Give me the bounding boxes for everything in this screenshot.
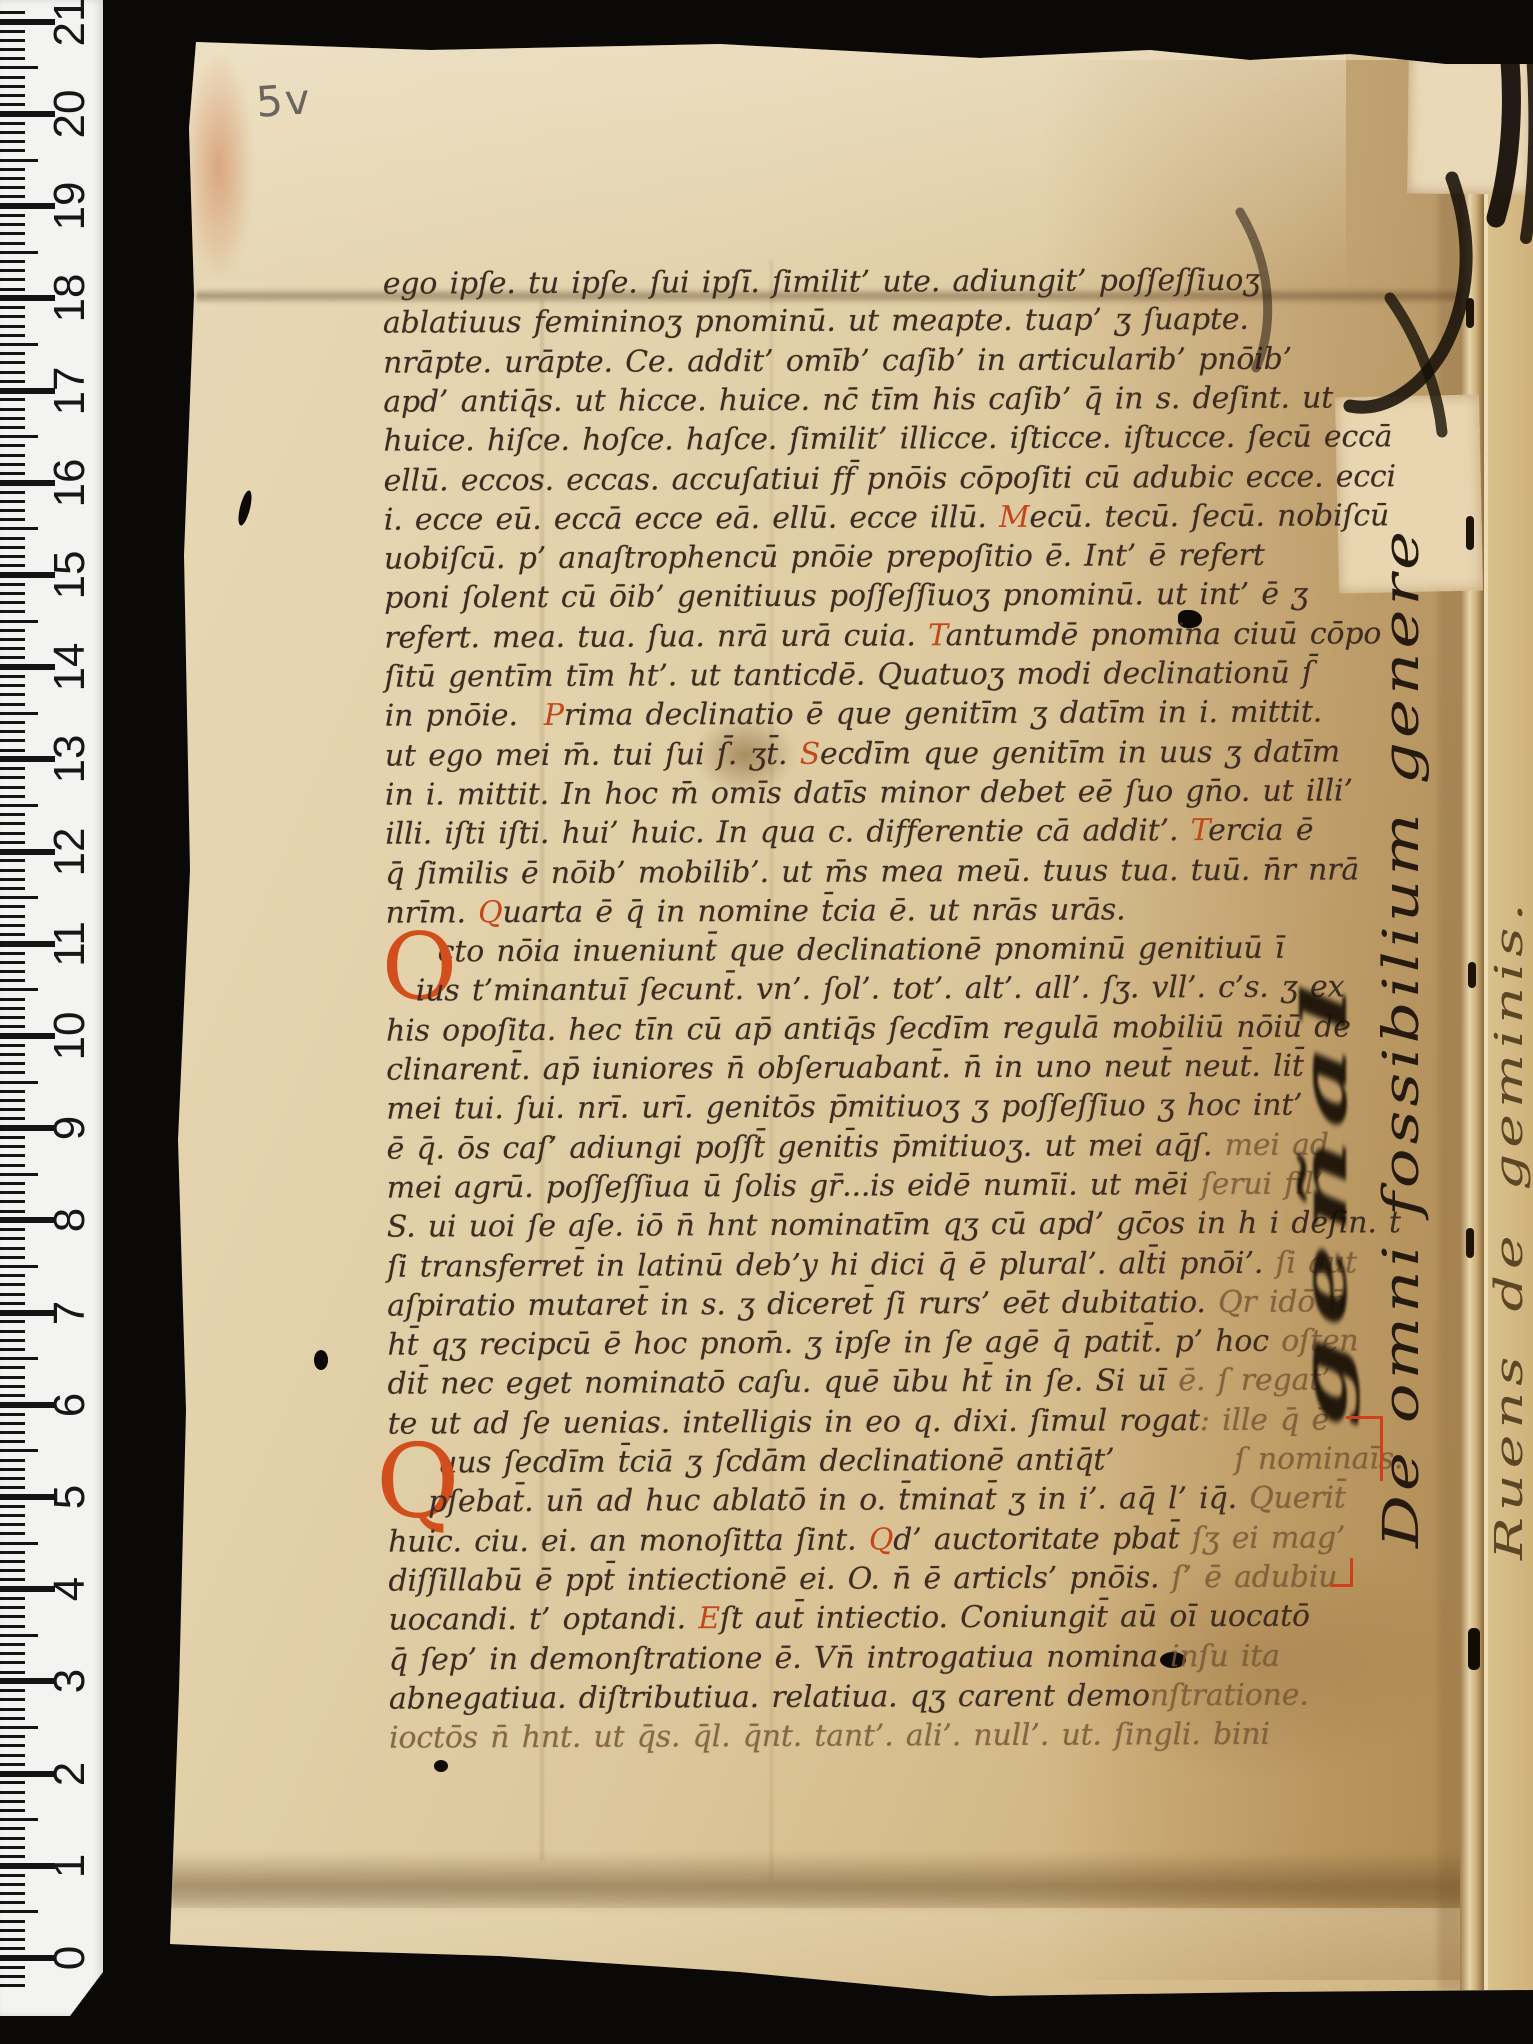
parchment-page: 5v ego ipſe. tu ipſe. ſui ipſī. ſimilit’… <box>0 0 1533 2044</box>
ruler-tick-halfcm <box>0 896 38 899</box>
ruler-tick-mm <box>0 1615 25 1618</box>
ruler-tick-mm <box>0 1569 25 1572</box>
ruler-tick-mm <box>0 583 25 586</box>
ruler-tick-halfcm <box>0 1173 38 1176</box>
ruler-tick-mm <box>0 1136 25 1139</box>
ruler-tick-mm <box>0 334 25 337</box>
ruler-tick-mm <box>0 491 25 494</box>
ruler-tick-mm <box>0 537 25 540</box>
ruler-tick-mm <box>0 1413 25 1416</box>
ruler-tick-mm <box>0 1855 25 1858</box>
ruler-tick-mm <box>0 1791 25 1794</box>
ruler-tick-mm <box>0 214 25 217</box>
ruler-tick-mm <box>0 426 25 429</box>
ruler-tick-mm <box>0 924 25 927</box>
ruler-tick-mm <box>0 1090 25 1093</box>
ruler-tick-mm <box>0 601 25 604</box>
ruler-number: 17 <box>46 361 94 421</box>
ruler-tick-mm <box>0 1486 25 1489</box>
ruler-number: 19 <box>46 176 94 236</box>
ruler-tick-mm <box>0 48 25 51</box>
ruler-number: 8 <box>46 1190 94 1250</box>
ruler-tick-mm <box>0 1247 25 1250</box>
ruler-tick-mm <box>0 149 25 152</box>
ruler-tick-mm <box>0 1108 25 1111</box>
ruler-tick-mm <box>0 509 25 512</box>
ruler-number: 9 <box>46 1098 94 1158</box>
ruler-tick-mm <box>0 232 25 235</box>
ruler-tick-mm <box>0 1837 25 1840</box>
ruler-tick-mm <box>0 841 25 844</box>
ruler-tick-halfcm <box>0 1910 38 1913</box>
ruler-tick-mm <box>0 380 25 383</box>
ruler-tick-mm <box>0 1330 25 1333</box>
ruler-tick-halfcm <box>0 712 38 715</box>
ruler-tick-halfcm <box>0 527 38 530</box>
ruler-tick-mm <box>0 656 25 659</box>
ruler-tick-halfcm <box>0 435 38 438</box>
ink-flourish <box>1496 26 1511 218</box>
ruler-tick-mm <box>0 325 25 328</box>
ruler-tick-mm <box>0 1376 25 1379</box>
ruler-tick-mm <box>0 795 25 798</box>
ruler-number: 21 <box>46 0 94 52</box>
ruler-tick-mm <box>0 1597 25 1600</box>
ruler-number: 1 <box>46 1836 94 1896</box>
ruler-number: 15 <box>46 545 94 605</box>
ruler-tick-mm <box>0 186 25 189</box>
ruler-number: 13 <box>46 729 94 789</box>
ruler-tick-mm <box>0 1164 25 1167</box>
ruler-tick-halfcm <box>0 620 38 623</box>
ruler-tick-mm <box>0 1708 25 1711</box>
ruler-tick-mm <box>0 30 25 33</box>
ruler-tick-mm <box>0 961 25 964</box>
ruler-tick-mm <box>0 1422 25 1425</box>
ruler-tick-mm <box>0 739 25 742</box>
ruler-tick-mm <box>0 1320 25 1323</box>
ruler-tick-mm <box>0 1237 25 1240</box>
ruler-tick-mm <box>0 371 25 374</box>
ruler-tick-mm <box>0 1385 25 1388</box>
ruler-tick-mm <box>0 703 25 706</box>
ruler-tick-halfcm <box>0 1265 38 1268</box>
ruler-tick-mm <box>0 1071 25 1074</box>
ruler-tick-mm <box>0 905 25 908</box>
ruler-tick-mm <box>0 1947 25 1950</box>
ruler-tick-mm <box>0 1929 25 1932</box>
ruler-tick-mm <box>0 1468 25 1471</box>
ruler-tick-mm <box>0 1625 25 1628</box>
ruler-tick-mm <box>0 1560 25 1563</box>
ruler-tick-mm <box>0 103 25 106</box>
ruler-tick-mm <box>0 1283 25 1286</box>
ruler-tick-mm <box>0 1191 25 1194</box>
ruler-tick-halfcm <box>0 988 38 991</box>
ruler-tick-mm <box>0 610 25 613</box>
ruler-tick-mm <box>0 1117 25 1120</box>
ruler-tick-mm <box>0 1717 25 1720</box>
ruler-tick-mm <box>0 361 25 364</box>
ruler-tick-mm <box>0 454 25 457</box>
ruler-tick-mm <box>0 1302 25 1305</box>
ruler-tick-mm <box>0 1735 25 1738</box>
ruler-tick-mm <box>0 1523 25 1526</box>
ruler-tick-mm <box>0 195 25 198</box>
ruler-tick-mm <box>0 1053 25 1056</box>
ruler-tick-mm <box>0 869 25 872</box>
ruler-tick-mm <box>0 1440 25 1443</box>
ruler-tick-halfcm <box>0 66 38 69</box>
ruler-number: 6 <box>46 1375 94 1435</box>
ruler-tick-mm <box>0 417 25 420</box>
ruler-tick-halfcm <box>0 1542 38 1545</box>
ruler-tick-mm <box>0 518 25 521</box>
ruler-tick-mm <box>0 1827 25 1830</box>
ruler-tick-mm <box>0 11 25 14</box>
ink-flourish <box>1526 40 1533 238</box>
ruler-tick-mm <box>0 1883 25 1886</box>
ruler-tick-mm <box>0 859 25 862</box>
ruler-tick-mm <box>0 1348 25 1351</box>
ruler-tick-mm <box>0 269 25 272</box>
ruler-tick-mm <box>0 463 25 466</box>
ruler-tick-mm <box>0 122 25 125</box>
photograph-canvas: 5v ego ipſe. tu ipſe. ſui ipſī. ſimilit’… <box>0 0 1533 2044</box>
ruler-number: 2 <box>46 1744 94 1804</box>
ruler-number: 4 <box>46 1559 94 1619</box>
ruler-tick-mm <box>0 1984 25 1987</box>
ruler-tick-mm <box>0 168 25 171</box>
ruler-tick-mm <box>0 398 25 401</box>
ruler-number: 5 <box>46 1467 94 1527</box>
ruler-tick-mm <box>0 1228 25 1231</box>
ruler-number: 3 <box>46 1651 94 1711</box>
ruler-tick-mm <box>0 131 25 134</box>
ruler: 0123456789101112131415161718192021 <box>0 0 103 2016</box>
ruler-tick-mm <box>0 675 25 678</box>
ruler-tick-mm <box>0 1182 25 1185</box>
ruler-tick-mm <box>0 933 25 936</box>
ruler-tick-mm <box>0 1874 25 1877</box>
ruler-tick-mm <box>0 39 25 42</box>
ruler-tick-mm <box>0 315 25 318</box>
ink-flourish-overlay <box>0 0 1533 2044</box>
ruler-tick-mm <box>0 1339 25 1342</box>
ruler-number: 0 <box>46 1928 94 1988</box>
ruler-tick-mm <box>0 1431 25 1434</box>
ruler-tick-mm <box>0 1892 25 1895</box>
ruler-tick-mm <box>0 1781 25 1784</box>
ruler-tick-mm <box>0 647 25 650</box>
ruler-tick-mm <box>0 684 25 687</box>
ruler-tick-mm <box>0 1293 25 1296</box>
ruler-tick-mm <box>0 1007 25 1010</box>
ruler-tick-mm <box>0 592 25 595</box>
ruler-tick-mm <box>0 813 25 816</box>
ruler-tick-halfcm <box>0 1449 38 1452</box>
ruler-tick-mm <box>0 278 25 281</box>
ruler-tick-mm <box>0 970 25 973</box>
ruler-tick-halfcm <box>0 1634 38 1637</box>
ruler-number: 18 <box>46 268 94 328</box>
ruler-tick-mm <box>0 1652 25 1655</box>
ruler-number: 12 <box>46 822 94 882</box>
ruler-tick-mm <box>0 306 25 309</box>
ruler-tick-halfcm <box>0 1818 38 1821</box>
ruler-tick-mm <box>0 1459 25 1462</box>
ruler-tick-mm <box>0 1920 25 1923</box>
ruler-tick-mm <box>0 878 25 881</box>
ruler-tick-mm <box>0 1025 25 1028</box>
ruler-tick-mm <box>0 638 25 641</box>
ruler-tick-mm <box>0 1606 25 1609</box>
ruler-tick-mm <box>0 1099 25 1102</box>
ruler-number: 14 <box>46 637 94 697</box>
ruler-tick-mm <box>0 629 25 632</box>
ruler-tick-mm <box>0 472 25 475</box>
ruler-tick-mm <box>0 288 25 291</box>
ruler-number: 7 <box>46 1283 94 1343</box>
ruler-tick-mm <box>0 1394 25 1397</box>
ruler-tick-mm <box>0 546 25 549</box>
ruler-tick-mm <box>0 260 25 263</box>
ruler-number: 11 <box>46 914 94 974</box>
ruler-tick-halfcm <box>0 251 38 254</box>
ruler-tick-mm <box>0 998 25 1001</box>
ruler-tick-halfcm <box>0 343 38 346</box>
ruler-tick-mm <box>0 730 25 733</box>
ruler-tick-mm <box>0 887 25 890</box>
ruler-tick-mm <box>0 1256 25 1259</box>
ruler-tick-mm <box>0 94 25 97</box>
ruler-tick-mm <box>0 1514 25 1517</box>
ruler-tick-mm <box>0 786 25 789</box>
ruler-tick-mm <box>0 952 25 955</box>
ruler-tick-mm <box>0 1966 25 1969</box>
ruler-tick-mm <box>0 1800 25 1803</box>
ruler-tick-mm <box>0 822 25 825</box>
ruler-tick-mm <box>0 57 25 60</box>
ruler-tick-mm <box>0 1505 25 1508</box>
ruler-tick-mm <box>0 1044 25 1047</box>
ruler-tick-mm <box>0 408 25 411</box>
ruler-tick-mm <box>0 444 25 447</box>
ruler-tick-mm <box>0 1274 25 1277</box>
ruler-number: 16 <box>46 453 94 513</box>
ruler-tick-mm <box>0 177 25 180</box>
ruler-tick-mm <box>0 1661 25 1664</box>
ruler-tick-mm <box>0 1938 25 1941</box>
ruler-tick-halfcm <box>0 1726 38 1729</box>
ruler-tick-mm <box>0 1846 25 1849</box>
ruler-tick-mm <box>0 693 25 696</box>
ruler-tick-mm <box>0 1016 25 1019</box>
ruler-tick-mm <box>0 1154 25 1157</box>
ruler-tick-halfcm <box>0 1357 38 1360</box>
ruler-tick-mm <box>0 767 25 770</box>
ruler-tick-mm <box>0 1551 25 1554</box>
ruler-tick-halfcm <box>0 804 38 807</box>
ruler-tick-mm <box>0 776 25 779</box>
ruler-tick-mm <box>0 1671 25 1674</box>
ruler-tick-mm <box>0 1532 25 1535</box>
ruler-tick-mm <box>0 915 25 918</box>
ruler-tick-mm <box>0 1744 25 1747</box>
ruler-number: 20 <box>46 84 94 144</box>
ruler-tick-mm <box>0 1809 25 1812</box>
ruler-tick-mm <box>0 832 25 835</box>
ruler-tick-mm <box>0 1643 25 1646</box>
ruler-tick-mm <box>0 564 25 567</box>
ink-flourish <box>1350 178 1466 407</box>
ruler-tick-mm <box>0 1366 25 1369</box>
ruler-tick-mm <box>0 1754 25 1757</box>
ruler-tick-mm <box>0 1062 25 1065</box>
ruler-tick-mm <box>0 500 25 503</box>
ruler-tick-mm <box>0 1578 25 1581</box>
ruler-tick-mm <box>0 749 25 752</box>
ruler-tick-mm <box>0 352 25 355</box>
ruler-tick-mm <box>0 242 25 245</box>
ruler-number: 10 <box>46 1006 94 1066</box>
ruler-tick-mm <box>0 1689 25 1692</box>
ruler-tick-mm <box>0 555 25 558</box>
ruler-tick-mm <box>0 76 25 79</box>
ruler-tick-halfcm <box>0 1081 38 1084</box>
ruler-tick-mm <box>0 140 25 143</box>
ruler-tick-mm <box>0 721 25 724</box>
ruler-tick-mm <box>0 1698 25 1701</box>
ruler-tick-mm <box>0 1477 25 1480</box>
ruler-tick-mm <box>0 1210 25 1213</box>
ruler-tick-mm <box>0 1763 25 1766</box>
ruler-tick-mm <box>0 85 25 88</box>
ruler-tick-mm <box>0 1200 25 1203</box>
ruler-tick-halfcm <box>0 159 38 162</box>
ruler-tick-mm <box>0 1145 25 1148</box>
ruler-tick-mm <box>0 1975 25 1978</box>
ruler-tick-mm <box>0 223 25 226</box>
ruler-tick-mm <box>0 979 25 982</box>
ruler-tick-mm <box>0 1901 25 1904</box>
ink-flourish <box>1240 212 1268 368</box>
